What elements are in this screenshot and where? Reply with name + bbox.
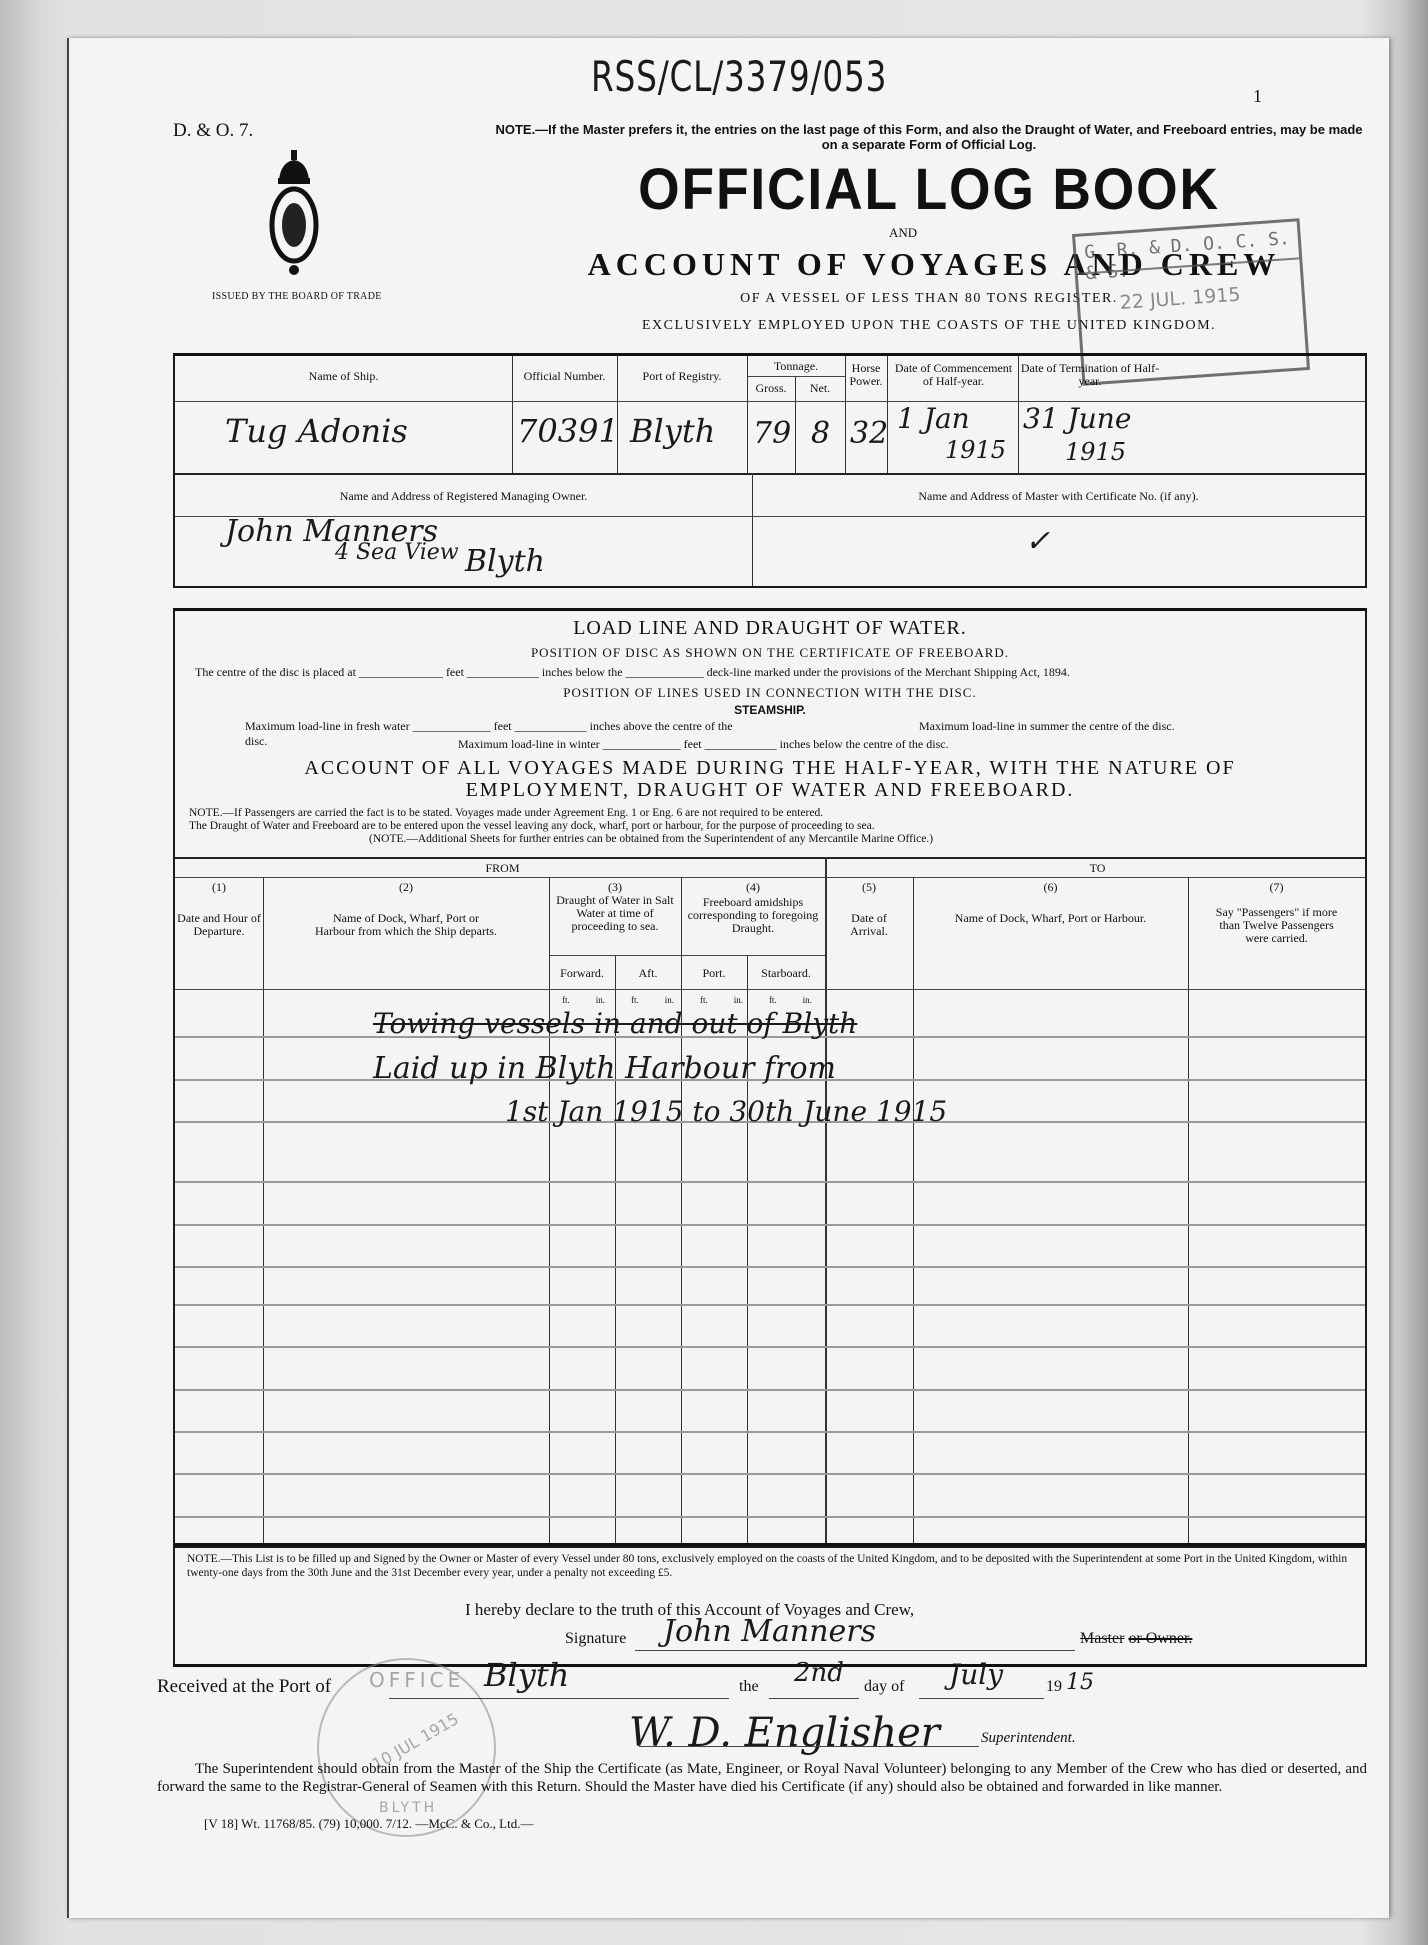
stamp-office: G. R. & D. O. C. S. & S. [1084,227,1300,284]
disc-position-line: The centre of the disc is placed at ____… [195,665,1365,680]
subheader-aft: Aft. [615,967,681,980]
superintendent-label: Superintendent. [981,1730,1076,1747]
header-horse-power: Horse Power. [845,362,887,388]
ship-details-table: Name of Ship. Official Number. Port of R… [173,353,1367,588]
col1-header: (1)Date and Hour of Departure. [175,881,263,938]
header-official-number: Official Number. [512,370,617,383]
ft-in-units: ft.in.ft.in.ft.in.ft.in. [549,995,825,1005]
issuer-text: ISSUED BY THE BOARD OF TRADE [212,291,382,302]
gross-tonnage-value: 79 [753,416,791,451]
superintendent-signature: W. D. Englisher [629,1710,940,1756]
title-and: AND [889,225,917,241]
port-value: Blyth [630,412,715,450]
page-number: 1 [1253,86,1262,107]
termination-year-value: 1915 [1065,438,1126,466]
day-of-label: day of [864,1678,904,1696]
steamship-label: STEAMSHIP. [175,703,1365,717]
owner-address-value: 4 Sea View [335,540,459,565]
ship-name-value: Tug Adonis [225,412,408,450]
header-master: Name and Address of Master with Certific… [752,490,1365,503]
year-prefix: 19 [1046,1678,1062,1696]
official-number-value: 70391 [517,412,619,450]
postmark-stamp: OFFICE 10 JUL 1915 BLYTH [317,1658,496,1837]
header-termination: Date of Termination of Half-year. [1020,362,1160,388]
voyages-title: ACCOUNT OF ALL VOYAGES MADE DURING THE H… [175,757,1365,801]
header-owner: Name and Address of Registered Managing … [175,490,752,503]
signature-label: Signature [565,1630,626,1648]
form-code: D. & O. 7. [173,120,253,142]
commencement-year-value: 1915 [945,436,1006,464]
col6-header: (6)Name of Dock, Wharf, Port or Harbour. [913,881,1188,925]
log-book-page: RSS/CL/3379/053 1 D. & O. 7. NOTE.—If th… [67,38,1389,1918]
footer-note: NOTE.—This List is to be filled up and S… [187,1552,1357,1580]
header-tonnage: Tonnage. [747,360,845,373]
voyages-notes: NOTE.—If Passengers are carried the fact… [189,807,1349,846]
signature-role: Master or Owner. [1080,1630,1192,1648]
summer-line: Maximum load-line in summer the centre o… [919,719,1175,734]
superintendent-instruction: The Superintendent should obtain from th… [157,1760,1367,1796]
top-note: NOTE.—If the Master prefers it, the entr… [489,122,1369,152]
from-header: FROM [175,861,830,876]
col7-header: (7)Say "Passengers" if more than Twelve … [1188,881,1365,945]
received-month-value: July [949,1658,1003,1691]
received-day-value: 2nd [794,1658,844,1688]
col3-header: (3)Draught of Water in Salt Water at tim… [549,881,681,933]
termination-day-value: 31 June [1023,402,1131,435]
to-header: TO [830,861,1365,876]
header-net: Net. [795,382,845,395]
header-ship-name: Name of Ship. [175,370,512,383]
voyage-entry-line2: 1st Jan 1915 to 30th June 1915 [505,1095,947,1128]
stamp-date: 22 JUL. 1915 [1119,284,1241,314]
load-line-title: LOAD LINE AND DRAUGHT OF WATER. [175,617,1365,640]
the-label: the [739,1678,759,1696]
owner-town-value: Blyth [465,544,545,579]
royal-crest-icon [269,150,319,280]
lines-heading: POSITION OF LINES USED IN CONNECTION WIT… [175,685,1365,701]
main-title: OFFICIAL LOG BOOK [570,156,1288,223]
disc-heading: POSITION OF DISC AS SHOWN ON THE CERTIFI… [175,645,1365,661]
print-info: [V 18] Wt. 11768/85. (79) 10,000. 7/12. … [204,1816,533,1832]
received-port-value: Blyth [484,1656,569,1694]
signature-value: John Manners [663,1614,876,1649]
voyage-entry-struck: Towing vessels in and out of Blyth [373,1007,857,1040]
voyages-section: LOAD LINE AND DRAUGHT OF WATER. POSITION… [173,608,1367,1548]
archive-reference: RSS/CL/3379/053 [591,52,887,101]
subheader-forward: Forward. [549,967,615,980]
horse-power-value: 32 [850,416,888,451]
declaration-section: NOTE.—This List is to be filled up and S… [173,1543,1367,1667]
received-year-value: 15 [1066,1670,1094,1695]
received-label: Received at the Port of [157,1676,331,1698]
col4-header: (4)Freeboard amidships corresponding to … [681,881,825,937]
subheader-port: Port. [681,967,747,980]
header-commencement: Date of Commencement of Half-year. [891,362,1016,388]
header-port: Port of Registry. [617,370,747,383]
voyage-entry-line1: Laid up in Blyth Harbour from [373,1051,836,1086]
subheader-starboard: Starboard. [747,967,825,980]
commencement-day-value: 1 Jan [897,402,970,435]
col5-header: (5)Date of Arrival. [825,881,913,938]
header-gross: Gross. [747,382,795,395]
master-value: ✓ [1025,524,1050,559]
net-tonnage-value: 8 [811,416,830,451]
col2-header: (2)Name of Dock, Wharf, Port or Harbour … [263,881,549,938]
winter-line: Maximum load-line in winter ____________… [458,737,949,752]
